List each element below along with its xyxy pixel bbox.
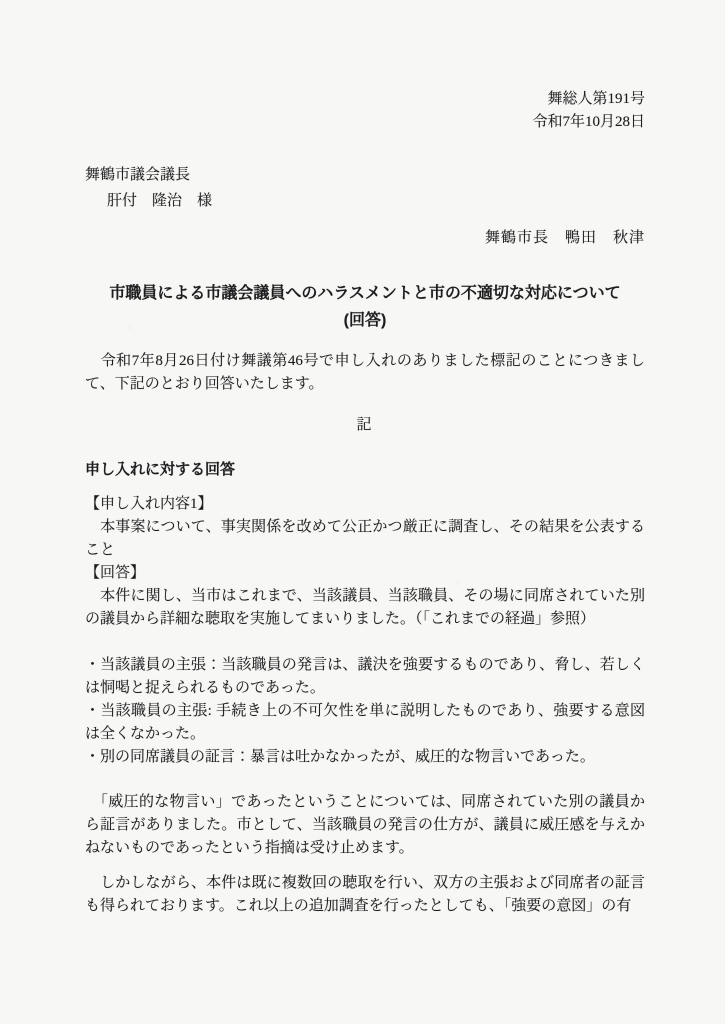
answer-body: 本件に関し、当市はこれまで、当該議員、当該職員、その場に同席されていた別の議員か… — [85, 585, 645, 631]
document-header: 舞総人第191号 令和7年10月28日 — [85, 88, 645, 134]
section-heading: 申し入れに対する回答 — [85, 458, 645, 481]
document-title-block: 市職員による市議会議員へのハラスメントと市の不適切な対応について (回答) — [85, 280, 645, 334]
testimony-list: ・当該議員の主張：当該職員の発言は、議決を強要するものであり、脅し、若しくは恫喝… — [85, 654, 645, 769]
request-section: 【申し入れ内容1】 本事案について、事実関係を改めて公正かつ厳正に調査し、その結… — [85, 493, 645, 562]
recipient-name: 肝付 隆治 様 — [85, 190, 645, 213]
answer-section: 【回答】 本件に関し、当市はこれまで、当該議員、当該職員、その場に同席されていた… — [85, 562, 645, 631]
record-marker: 記 — [85, 414, 645, 437]
document-number: 舞総人第191号 — [85, 88, 645, 111]
answer-label: 【回答】 — [85, 562, 645, 585]
testimony-item: ・当該議員の主張：当該職員の発言は、議決を強要するものであり、脅し、若しくは恫喝… — [85, 654, 645, 700]
document-title: 市職員による市議会議員へのハラスメントと市の不適切な対応について — [85, 280, 645, 307]
conclusion-paragraph: しかしながら、本件は既に複数回の聴取を行い、双方の主張および同席者の証言も得られ… — [85, 872, 645, 918]
sender-line: 舞鶴市長 鴨田 秋津 — [85, 227, 645, 250]
document-title-suffix: (回答) — [85, 307, 645, 334]
recipient-block: 舞鶴市議会議長 肝付 隆治 様 — [85, 164, 645, 213]
request-label: 【申し入れ内容1】 — [85, 493, 645, 516]
document-date: 令和7年10月28日 — [85, 111, 645, 134]
assessment-paragraph: 「威圧的な物言い」であったということについては、同席されていた別の議員から証言が… — [85, 791, 645, 860]
intro-paragraph: 令和7年8月26日付け舞議第46号で申し入れのありました標記のことにつきまして、… — [85, 350, 645, 396]
testimony-item: ・別の同席議員の証言：暴言は吐かなかったが、威圧的な物言いであった。 — [85, 746, 645, 769]
testimony-item: ・当該職員の主張: 手続き上の不可欠性を単に説明したものであり、強要する意図は全… — [85, 700, 645, 746]
recipient-org: 舞鶴市議会議長 — [85, 164, 645, 187]
scanned-letter-page: 舞総人第191号 令和7年10月28日 舞鶴市議会議長 肝付 隆治 様 舞鶴市長… — [0, 0, 725, 1024]
request-body: 本事案について、事実関係を改めて公正かつ厳正に調査し、その結果を公表すること — [85, 516, 645, 562]
